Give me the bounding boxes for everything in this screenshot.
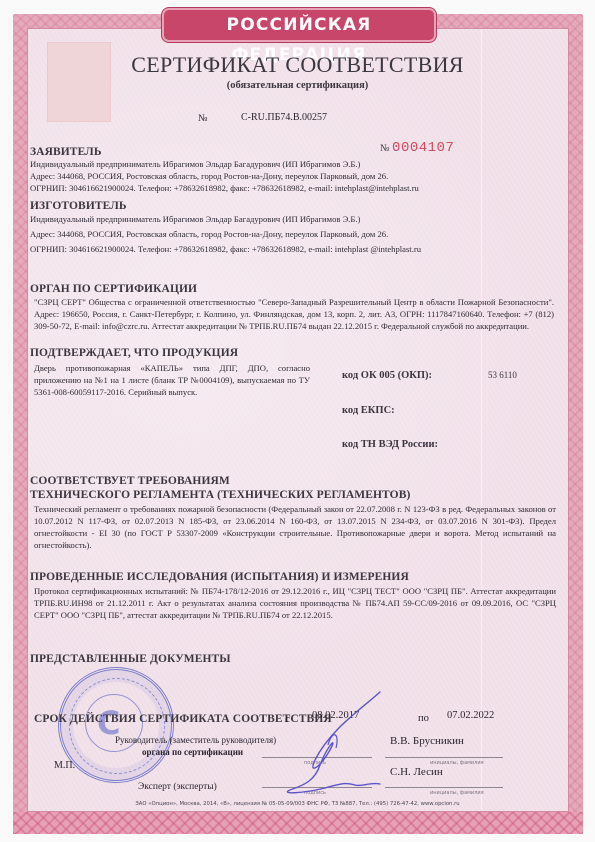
applicant-contacts: ОГРНИП: 304616621900024. Телефон: +78632…: [30, 182, 530, 194]
cert-body-heading: ОРГАН ПО СЕРТИФИКАЦИИ: [30, 283, 197, 295]
certificate-subtitle: (обязательная сертификация): [0, 80, 595, 91]
fold-line: [481, 29, 482, 811]
product-description: Дверь противопожарная «КАПЕЛЬ» типа ДПГ,…: [34, 362, 310, 398]
bottom-ornament: [13, 812, 583, 834]
code-okp-value: 53 6110: [488, 370, 517, 380]
code-okp-label: код ОК 005 (ОКП):: [342, 370, 432, 381]
cert-body-text: "СЗРЦ СЕРТ" Общества с ограниченной отве…: [34, 296, 554, 332]
head-name: В.В. Брусникин: [390, 735, 464, 747]
blank-serial-label: №: [380, 143, 390, 154]
expert-name-line: [385, 787, 503, 788]
certificate-number-label: №: [198, 113, 208, 124]
manufacturer-details: Индивидуальный предприниматель Ибрагимов…: [30, 213, 530, 255]
expert-name-caption: инициалы, фамилия: [430, 790, 484, 796]
head-name-caption: инициалы, фамилия: [430, 760, 484, 766]
applicant-details: Индивидуальный предприниматель Ибрагимов…: [30, 158, 530, 194]
product-heading: ПОДТВЕРЖДАЕТ, ЧТО ПРОДУКЦИЯ: [30, 347, 238, 359]
manufacturer-heading: ИЗГОТОВИТЕЛЬ: [30, 200, 127, 212]
code-ekps-label: код ЕКПС:: [342, 405, 395, 416]
applicant-name: Индивидуальный предприниматель Ибрагимов…: [30, 158, 530, 170]
validity-to-label: по: [418, 713, 429, 724]
blank-serial-number: 0004107: [392, 140, 454, 156]
head-label-line2: органа по сертификации: [142, 747, 243, 757]
certificate-number: C-RU.ПБ74.В.00257: [241, 112, 327, 123]
handwritten-signature-icon: [270, 690, 400, 800]
documents-heading: ПРЕДСТАВЛЕННЫЕ ДОКУМЕНТЫ: [30, 653, 231, 665]
applicant-address: Адрес: 344068, РОССИЯ, Ростовская област…: [30, 170, 530, 182]
country-banner: РОССИЙСКАЯ ФЕДЕРАЦИЯ: [162, 8, 436, 42]
research-heading: ПРОВЕДЕННЫЕ ИССЛЕДОВАНИЯ (ИСПЫТАНИЯ) И И…: [30, 571, 409, 583]
validity-to-date: 07.02.2022: [447, 710, 494, 721]
printer-footer: ЗАО «Опцион», Москва, 2014, «В», лицензи…: [0, 801, 595, 807]
requirements-subheading: ТЕХНИЧЕСКОГО РЕГЛАМЕНТА (ТЕХНИЧЕСКИХ РЕГ…: [30, 489, 410, 501]
expert-label: Эксперт (эксперты): [138, 782, 217, 792]
head-name-line: [385, 757, 503, 758]
certificate-title: СЕРТИФИКАТ СООТВЕТСТВИЯ: [0, 52, 595, 78]
requirements-heading: СООТВЕТСТВУЕТ ТРЕБОВАНИЯМ: [30, 475, 230, 487]
code-tnved-label: код ТН ВЭД России:: [342, 439, 438, 450]
manufacturer-contacts: ОГРНИП: 304616621900024. Телефон: +78632…: [30, 243, 530, 255]
applicant-heading: ЗАЯВИТЕЛЬ: [30, 146, 102, 158]
manufacturer-name: Индивидуальный предприниматель Ибрагимов…: [30, 213, 530, 225]
mp-label: М.П.: [54, 760, 75, 771]
requirements-text: Технический регламент о требованиях пожа…: [34, 503, 556, 551]
manufacturer-address: Адрес: 344068, РОССИЯ, Ростовская област…: [30, 228, 530, 240]
certification-stamp: С: [58, 667, 174, 783]
blank-serial: № 0004107: [380, 140, 454, 156]
head-label-line1: Руководитель (заместитель руководителя): [115, 735, 276, 745]
research-text: Протокол сертификационных испытаний: № П…: [34, 585, 556, 621]
